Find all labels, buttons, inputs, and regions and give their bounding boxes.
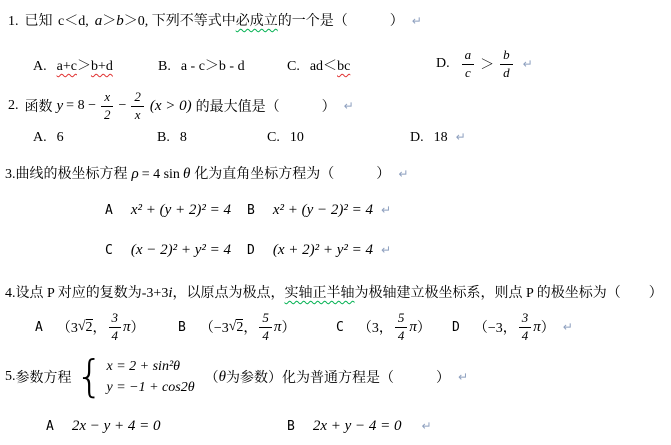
option-b: Bx² + (y − 2)² = 4↵ bbox=[247, 202, 391, 219]
option-value: 18 bbox=[434, 130, 448, 145]
fraction: 34 bbox=[109, 311, 122, 344]
option-c: C(x − 2)² + y² = 4 bbox=[105, 242, 231, 259]
math-variable: θ bbox=[183, 166, 190, 182]
comma: ， bbox=[243, 317, 257, 337]
stem-text: 化为直角坐标方程为（ ） bbox=[194, 167, 390, 182]
spellcheck-green-text: 必成立 bbox=[236, 14, 278, 29]
sqrt-symbol: √ bbox=[78, 319, 86, 335]
numerator: 2 bbox=[131, 90, 144, 107]
spellcheck-green-text: 实轴正半轴 bbox=[285, 286, 355, 301]
option-label: B bbox=[247, 203, 255, 218]
option-value: 2x + y − 4 = 0 bbox=[313, 418, 402, 434]
stem-text: 参数方程 bbox=[16, 367, 72, 387]
stem-text: 4.设点 P 对应的复数为-3+3 bbox=[5, 286, 168, 301]
question-5-stem: 5. 参数方程 { x = 2 + sin²θ y = −1 + cos2θ （… bbox=[5, 352, 468, 402]
fraction: x2 bbox=[101, 90, 114, 123]
fraction: 54 bbox=[395, 311, 408, 344]
option-d: D. ac ＞ bd ↵ bbox=[436, 44, 533, 84]
math-variable: π bbox=[274, 319, 282, 336]
stem-text: 下列不等式中 bbox=[152, 14, 236, 29]
option-value: (x + 2)² + y² = 4 bbox=[273, 242, 373, 258]
option-label: C. bbox=[287, 59, 300, 74]
paragraph-mark: ↵ bbox=[563, 320, 573, 334]
question-4-options: A （3√2， 34 π） B （−3√2， 54 π） C （3， 54 π）… bbox=[0, 305, 671, 349]
document-page: 1.已知 c＜d,a＞b＞0, 下列不等式中必成立的一个是（ ）↵ A.a+c＞… bbox=[0, 0, 671, 445]
stem-text: 的最大值是（ ） bbox=[196, 96, 336, 116]
math-operator: ＞ bbox=[102, 14, 116, 29]
option-label: B bbox=[178, 320, 186, 335]
case-equation-2: y = −1 + cos2θ bbox=[107, 377, 195, 398]
close-paren: ） bbox=[417, 317, 431, 337]
math-operator: ＞ bbox=[77, 59, 91, 74]
close-paren: ） bbox=[131, 317, 145, 337]
option-value: （−3， bbox=[474, 317, 517, 337]
math-run: = 4 sin bbox=[142, 167, 180, 182]
radicand: 2 bbox=[236, 319, 243, 336]
option-a: Ax² + (y + 2)² = 4 bbox=[105, 202, 231, 219]
paragraph-mark: ↵ bbox=[398, 167, 408, 181]
option-label: C bbox=[336, 320, 344, 335]
stem-text: 3.曲线的极坐标方程 bbox=[5, 167, 128, 182]
math-variable: π bbox=[409, 319, 417, 336]
numerator: 5 bbox=[395, 311, 408, 328]
denominator: 4 bbox=[519, 328, 532, 344]
question-4-stem: 4.设点 P 对应的复数为-3+3i，以原点为极点，实轴正半轴为极轴建立极坐标系… bbox=[5, 282, 671, 302]
stem-text: 为参数）化为普通方程是（ ） bbox=[226, 367, 450, 387]
question-2-options: A.6 B.8 C.10 D.18↵ bbox=[0, 130, 671, 150]
option-c: C.ad＜bc bbox=[287, 55, 350, 75]
close-paren: ） bbox=[541, 317, 555, 337]
cases-block: { x = 2 + sin²θ y = −1 + cos2θ bbox=[76, 356, 195, 398]
math-variable: θ bbox=[219, 369, 226, 386]
option-d: D(x + 2)² + y² = 4↵ bbox=[247, 242, 391, 259]
option-label: A bbox=[105, 203, 113, 218]
brace-symbol: { bbox=[76, 358, 104, 395]
option-value: (x − 2)² + y² = 4 bbox=[131, 242, 231, 258]
option-label: B. bbox=[157, 130, 170, 145]
stem-text: （ bbox=[205, 367, 219, 387]
option-a: A.6 bbox=[33, 130, 64, 146]
stem-text: 的一个是（ ） bbox=[278, 14, 404, 29]
fraction: bd bbox=[500, 48, 513, 81]
math-condition: (x > 0) bbox=[150, 98, 192, 115]
option-label: C bbox=[105, 243, 113, 258]
case-equations: x = 2 + sin²θ y = −1 + cos2θ bbox=[107, 356, 195, 398]
option-a: A （3√2， 34 π） bbox=[35, 305, 145, 349]
option-label: A. bbox=[33, 59, 47, 74]
option-label: B. bbox=[158, 59, 171, 74]
question-number: 2. bbox=[8, 98, 19, 114]
close-paren: ） bbox=[281, 317, 295, 337]
option-value: a - c＞b - d bbox=[181, 59, 245, 74]
stem-text: 函数 bbox=[25, 96, 53, 116]
option-label: C. bbox=[267, 130, 280, 145]
paragraph-mark: ↵ bbox=[381, 203, 391, 217]
option-label: D. bbox=[436, 56, 450, 72]
option-label: A bbox=[35, 320, 43, 335]
question-1-stem: 1.已知 c＜d,a＞b＞0, 下列不等式中必成立的一个是（ ）↵ bbox=[8, 10, 422, 30]
option-value: x² + (y − 2)² = 4 bbox=[273, 202, 373, 218]
math-variable: π bbox=[123, 319, 131, 336]
option-b: B.8 bbox=[157, 130, 187, 146]
numerator: x bbox=[101, 90, 114, 107]
fraction: ac bbox=[462, 48, 475, 81]
question-1-options: A.a+c＞b+d B.a - c＞b - d C.ad＜bc D. ac ＞ … bbox=[0, 44, 671, 84]
fraction: 54 bbox=[259, 311, 272, 344]
question-3-stem: 3.曲线的极坐标方程ρ= 4 sinθ化为直角坐标方程为（ ）↵ bbox=[5, 163, 408, 183]
denominator: d bbox=[500, 65, 513, 81]
option-value: ad＜ bbox=[310, 59, 337, 74]
option-value: 10 bbox=[290, 130, 304, 145]
math-operator: − bbox=[118, 98, 126, 114]
denominator: 2 bbox=[101, 107, 114, 123]
question-number: 1. bbox=[8, 14, 19, 29]
option-value: bc bbox=[337, 59, 350, 74]
question-5-options: A2x − y + 4 = 0 B2x + y − 4 = 0↵ bbox=[0, 418, 671, 438]
option-value: 8 bbox=[180, 130, 187, 145]
option-label: B bbox=[287, 419, 295, 434]
denominator: x bbox=[131, 107, 144, 123]
math-variable: b bbox=[116, 13, 124, 29]
radicand: 2 bbox=[86, 319, 93, 336]
option-b: B.a - c＞b - d bbox=[158, 55, 245, 75]
denominator: 4 bbox=[109, 328, 122, 344]
option-label: A. bbox=[33, 130, 47, 145]
case-equation-1: x = 2 + sin²θ bbox=[107, 356, 195, 377]
option-label: D. bbox=[410, 130, 424, 145]
fraction: 2x bbox=[131, 90, 144, 123]
paragraph-mark: ↵ bbox=[456, 130, 466, 144]
stem-text: 已知 bbox=[25, 14, 53, 29]
numerator: a bbox=[462, 48, 475, 65]
comma: ， bbox=[93, 317, 107, 337]
option-value: （3 bbox=[57, 317, 78, 337]
option-label: D bbox=[247, 243, 255, 258]
option-value: 6 bbox=[57, 130, 64, 145]
option-d: D （−3， 34 π） ↵ bbox=[452, 305, 573, 349]
question-number: 5. bbox=[5, 369, 16, 385]
option-c: C （3， 54 π） bbox=[336, 305, 431, 349]
stem-text: ，以原点为极点， bbox=[173, 286, 285, 301]
option-label: A bbox=[46, 419, 54, 434]
math-variable: y bbox=[57, 98, 64, 115]
option-value: （3， bbox=[358, 317, 393, 337]
question-3-options-row-2: C(x − 2)² + y² = 4 D(x + 2)² + y² = 4↵ bbox=[0, 240, 671, 266]
sqrt-symbol: √ bbox=[229, 319, 237, 335]
numerator: 3 bbox=[519, 311, 532, 328]
option-b: B2x + y − 4 = 0↵ bbox=[287, 418, 432, 435]
option-a: A.a+c＞b+d bbox=[33, 55, 113, 75]
numerator: 5 bbox=[259, 311, 272, 328]
math-run: ＞0, bbox=[124, 14, 149, 29]
paragraph-mark: ↵ bbox=[458, 370, 468, 384]
stem-text: 为极轴建立极坐标系，则点 P 的极坐标为（ ） bbox=[355, 286, 663, 301]
question-2-stem: 2. 函数 y = 8 − x2 − 2x (x > 0) 的最大值是（ ） ↵ bbox=[8, 86, 354, 126]
option-a: A2x − y + 4 = 0 bbox=[46, 418, 161, 435]
denominator: c bbox=[462, 65, 475, 81]
numerator: 3 bbox=[109, 311, 122, 328]
denominator: 4 bbox=[259, 328, 272, 344]
option-value: a+c bbox=[57, 59, 77, 74]
math-run: = 8 − bbox=[66, 98, 96, 114]
math-variable: ρ bbox=[132, 166, 139, 182]
option-d: D.18↵ bbox=[410, 130, 466, 146]
math-operator: ＞ bbox=[480, 54, 494, 74]
option-value: x² + (y + 2)² = 4 bbox=[131, 202, 231, 218]
paragraph-mark: ↵ bbox=[422, 419, 432, 433]
option-value: b+d bbox=[91, 59, 113, 74]
paragraph-mark: ↵ bbox=[412, 14, 422, 28]
question-3-options-row-1: Ax² + (y + 2)² = 4 Bx² + (y − 2)² = 4↵ bbox=[0, 200, 671, 226]
option-label: D bbox=[452, 320, 460, 335]
option-value: （−3 bbox=[200, 317, 229, 337]
option-c: C.10 bbox=[267, 130, 304, 146]
paragraph-mark: ↵ bbox=[344, 99, 354, 113]
numerator: b bbox=[500, 48, 513, 65]
math-run: c＜d, bbox=[58, 14, 89, 29]
math-variable: π bbox=[533, 319, 541, 336]
paragraph-mark: ↵ bbox=[523, 57, 533, 71]
option-b: B （−3√2， 54 π） bbox=[178, 305, 295, 349]
denominator: 4 bbox=[395, 328, 408, 344]
paragraph-mark: ↵ bbox=[381, 243, 391, 257]
fraction: 34 bbox=[519, 311, 532, 344]
option-value: 2x − y + 4 = 0 bbox=[72, 418, 161, 434]
